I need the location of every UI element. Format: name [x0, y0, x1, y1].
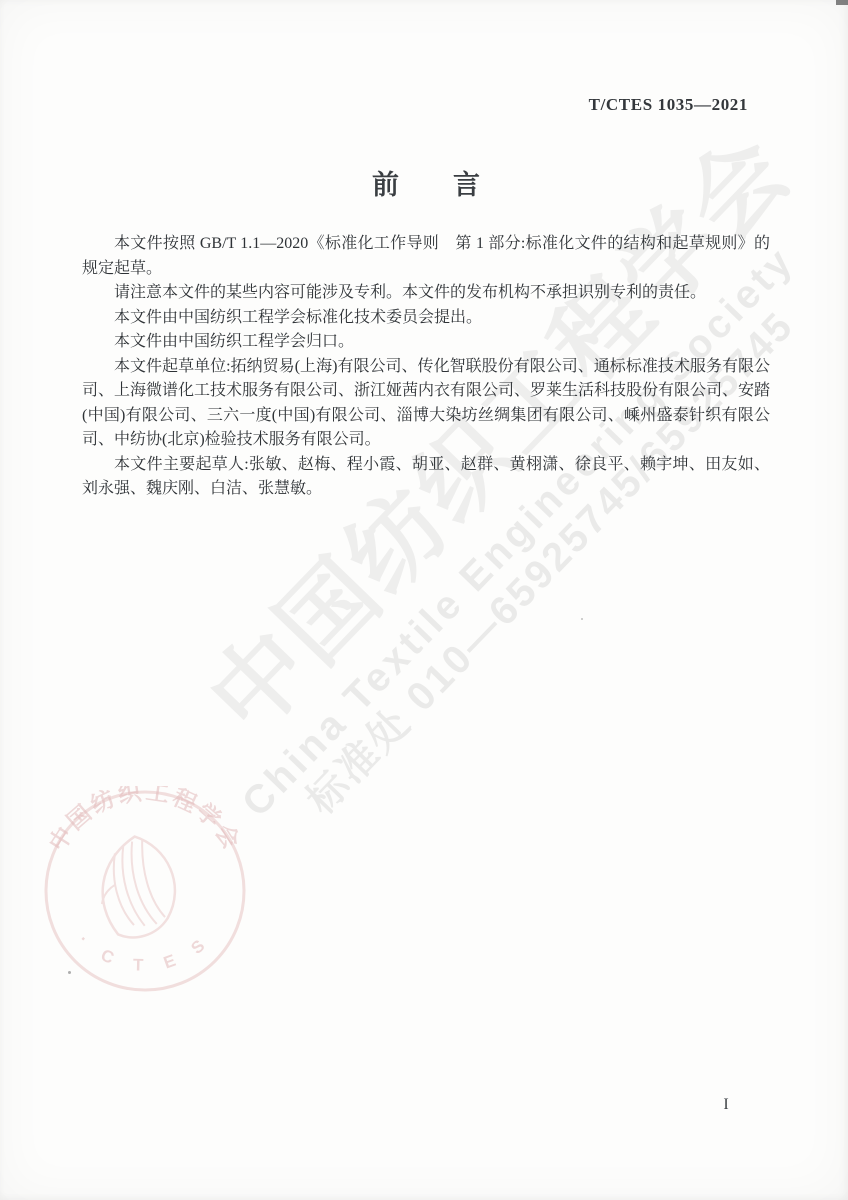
- paragraph-proposed-by: 本文件由中国纺织工程学会标准化技术委员会提出。: [82, 306, 770, 331]
- page-number: I: [690, 1096, 762, 1114]
- paragraph-under-jurisdiction: 本文件由中国纺织工程学会归口。: [82, 330, 770, 355]
- organization-seal-stamp: 中国纺织工程学会 · C T E S: [40, 786, 250, 996]
- scan-artifact-speck: [68, 971, 71, 974]
- seal-ring: [46, 792, 244, 990]
- seal-center-logo: [85, 829, 188, 945]
- svg-text:· C T E S: · C T E S: [75, 930, 215, 975]
- doc-number: T/CTES 1035—2021: [0, 95, 748, 115]
- document-page: 中国纺织工程学会 China Textile Engineering Socie…: [0, 0, 848, 1200]
- page-title: 前 言: [82, 163, 770, 202]
- seal-bottom-text: · C T E S: [75, 930, 215, 975]
- scan-artifact-speck: [581, 618, 583, 620]
- paragraph-patent-notice: 请注意本文件的某些内容可能涉及专利。本文件的发布机构不承担识别专利的责任。: [82, 281, 770, 306]
- scan-artifact-corner-mark: [836, 0, 848, 5]
- seal-ring-text: 中国纺织工程学会: [44, 786, 247, 856]
- foreword-body: 本文件按照 GB/T 1.1—2020《标准化工作导则 第 1 部分:标准化文件…: [82, 232, 770, 502]
- paragraph-main-drafters: 本文件主要起草人:张敏、赵梅、程小霞、胡亚、赵群、黄栩潇、徐良平、赖宇坤、田友如…: [82, 453, 770, 502]
- paragraph-drafting-rules: 本文件按照 GB/T 1.1—2020《标准化工作导则 第 1 部分:标准化文件…: [82, 232, 770, 281]
- svg-text:中国纺织工程学会: 中国纺织工程学会: [44, 786, 247, 856]
- paragraph-drafting-organizations: 本文件起草单位:拓纳贸易(上海)有限公司、传化智联股份有限公司、通标标准技术服务…: [82, 355, 770, 453]
